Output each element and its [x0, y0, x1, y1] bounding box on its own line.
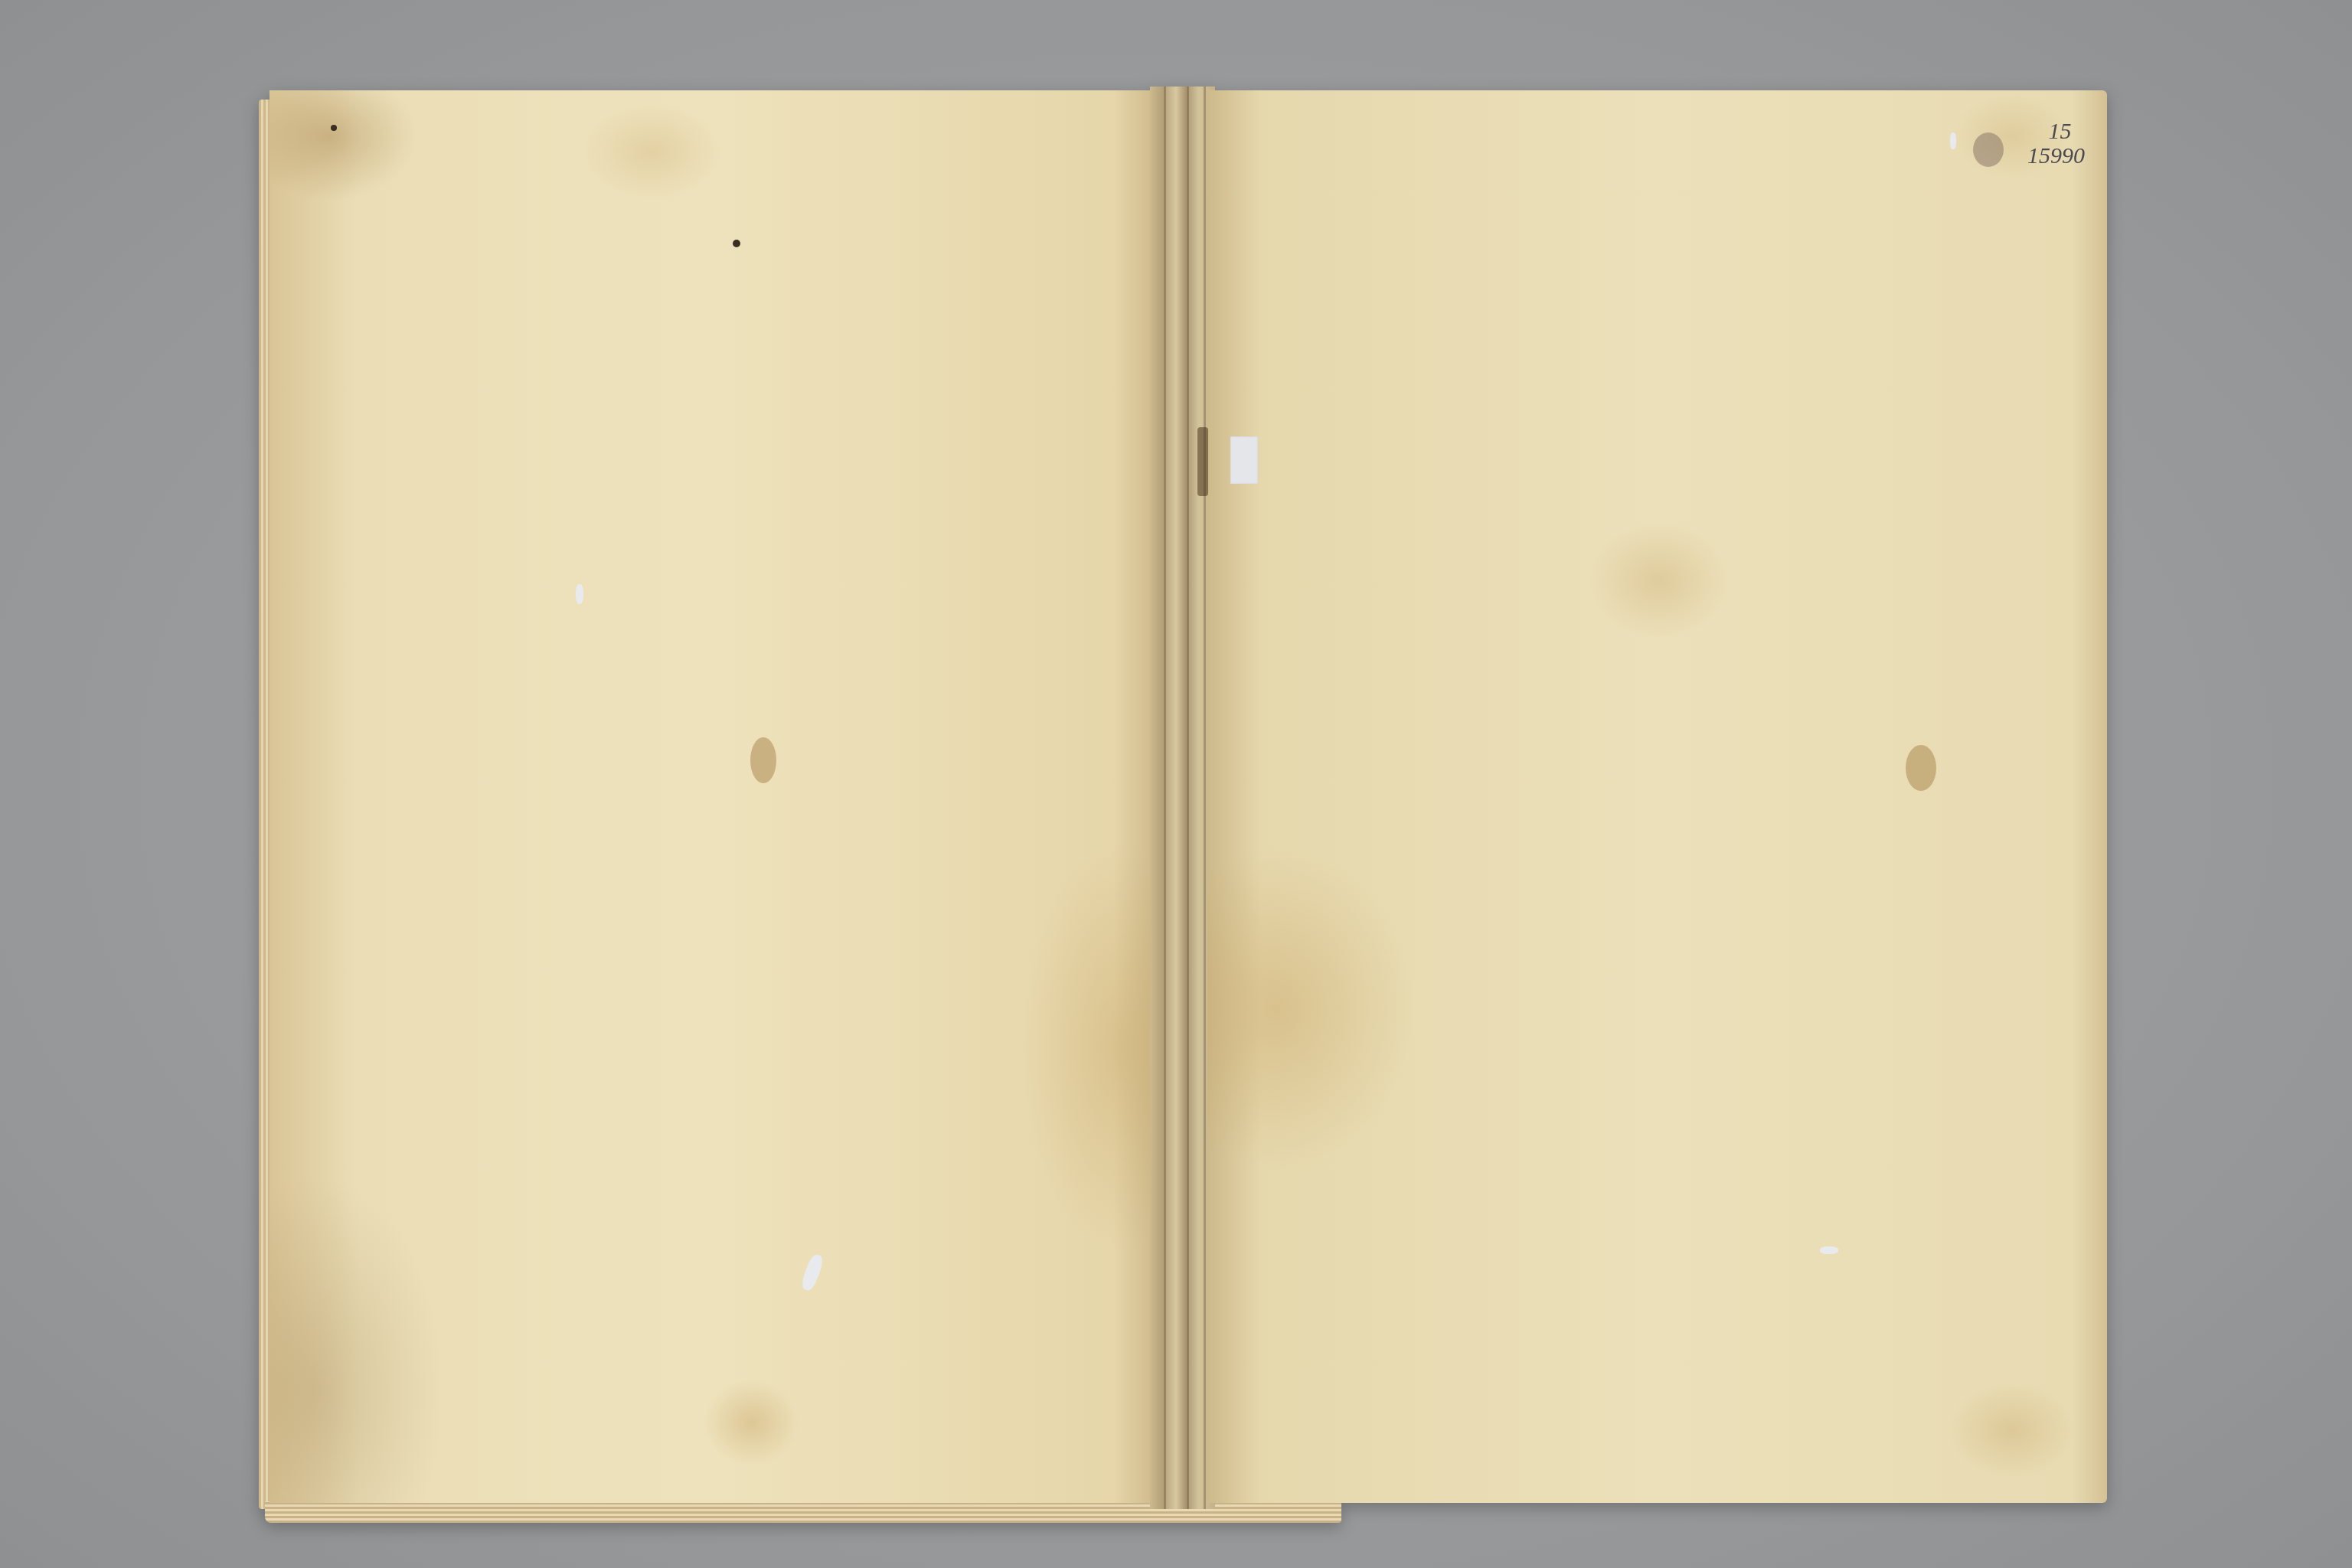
stain-spot — [1906, 745, 1936, 791]
paper-hole — [799, 1253, 825, 1292]
left-page — [269, 90, 1158, 1503]
annotation-line-1: 15 — [2035, 119, 2085, 144]
stain-spot — [750, 737, 776, 783]
paper-hole — [576, 584, 583, 604]
stain-spot — [1973, 132, 2004, 167]
right-page — [1207, 90, 2107, 1503]
label-fragment — [1230, 436, 1258, 484]
pencil-annotation: 15 15990 — [2027, 119, 2085, 168]
ink-dot — [331, 125, 337, 131]
spine-fold — [1204, 87, 1206, 1509]
open-book: 15 15990 — [269, 90, 2107, 1503]
spine-tear — [1197, 427, 1208, 496]
spine-fold — [1187, 87, 1189, 1509]
annotation-line-2: 15990 — [2027, 144, 2085, 168]
book-spine — [1150, 87, 1215, 1509]
spine-fold — [1164, 87, 1166, 1509]
ink-dot — [733, 240, 740, 247]
paper-hole — [1820, 1246, 1838, 1254]
paper-hole — [1950, 132, 1956, 149]
